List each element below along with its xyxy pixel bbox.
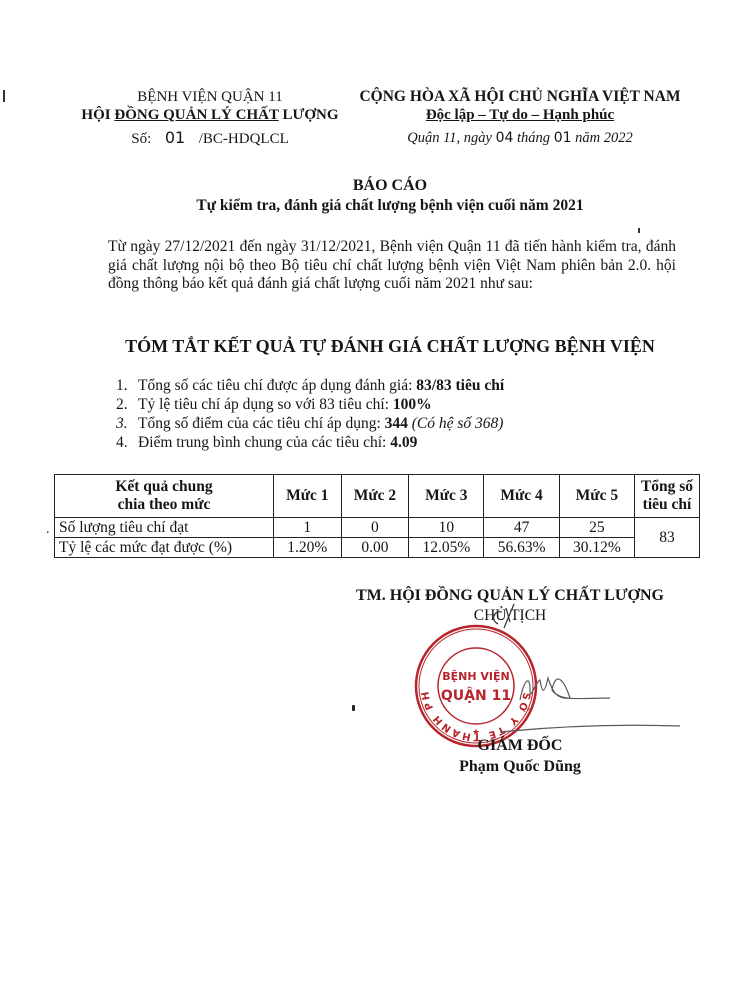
national-header: CỘNG HÒA XÃ HỘI CHỦ NGHĨA VIỆT NAM Độc l… [352,88,688,150]
nation-title: CỘNG HÒA XÃ HỘI CHỦ NGHĨA VIỆT NAM [352,88,688,106]
intro-paragraph: Từ ngày 27/12/2021 đến ngày 31/12/2021, … [108,238,676,294]
table-row: Số lượng tiêu chí đạt 1 0 10 47 25 83 [55,518,700,538]
item-text: Tỷ lệ tiêu chí áp dụng so với 83 tiêu ch… [138,396,393,413]
date-month-label: tháng [513,130,553,146]
report-title: BÁO CÁO [90,176,690,196]
item-note: (Có hệ số 368) [408,415,504,432]
summary-item: 1.Tổng số các tiêu chí được áp dụng đánh… [116,376,676,395]
row-label: Tỷ lệ các mức đạt được (%) [55,538,274,558]
cell: 47 [484,518,559,538]
row-label: Số lượng tiêu chí đạt [55,518,274,538]
cell: 56.63% [484,538,559,558]
item-number: 3. [116,414,138,433]
item-value: 83/83 tiêu chí [416,377,504,394]
item-number: 1. [116,376,138,395]
table-row: Tỷ lệ các mức đạt được (%) 1.20% 0.00 12… [55,538,700,558]
item-number: 4. [116,433,138,452]
header-total: Tổng sốtiêu chí [635,475,700,518]
scan-speck [638,228,640,233]
header-level-4: Mức 4 [484,475,559,518]
item-value: 100% [393,396,432,413]
total-cell: 83 [635,518,700,558]
header-line: tiêu chí [643,496,692,513]
date-month: 01 [554,130,572,146]
cell: 30.12% [559,538,634,558]
parent-organization: BỆNH VIỆN QUẬN 11 [60,88,360,106]
item-text: Điểm trung bình chung của các tiêu chí: [138,434,390,451]
header-line: Kết quả chung [115,478,212,495]
item-value: 4.09 [390,434,417,451]
table-header-row: Kết quả chungchia theo mức Mức 1 Mức 2 M… [55,475,700,518]
item-text: Tổng số điểm của các tiêu chí áp dụng: [138,415,385,432]
summary-item: 3.Tổng số điểm của các tiêu chí áp dụng:… [116,414,676,433]
cell: 1.20% [274,538,342,558]
cell: 25 [559,518,634,538]
cell: 1 [274,518,342,538]
national-motto: Độc lập – Tự do – Hạnh phúc [352,106,688,124]
cell: 0 [341,518,409,538]
header-line: chia theo mức [118,496,211,513]
handwritten-signature [500,640,700,750]
scan-mark [3,90,5,102]
summary-list: 1.Tổng số các tiêu chí được áp dụng đánh… [116,376,676,452]
number-label: Số: [131,131,151,147]
number-suffix: /BC-HDQLCL [199,131,289,147]
header-level-5: Mức 5 [559,475,634,518]
council-prefix: HỘI [81,107,114,123]
summary-heading: TÓM TẮT KẾT QUẢ TỰ ĐÁNH GIÁ CHẤT LƯỢNG B… [90,336,690,357]
date-prefix: Quận 11, ngày [407,130,495,146]
results-table: Kết quả chungchia theo mức Mức 1 Mức 2 M… [54,474,700,558]
issuing-council: HỘI ĐỒNG QUẢN LÝ CHẤT LƯỢNG [60,106,360,124]
header-level-2: Mức 2 [341,475,409,518]
issuer-header: BỆNH VIỆN QUẬN 11 HỘI ĐỒNG QUẢN LÝ CHẤT … [60,88,360,150]
header-level-1: Mức 1 [274,475,342,518]
cell: 0.00 [341,538,409,558]
document-date: Quận 11, ngày 04 tháng 01 năm 2022 [352,126,688,150]
number-value: 01 [155,127,195,149]
item-value: 344 [385,415,408,432]
header-level-3: Mức 3 [409,475,484,518]
council-underlined: ĐỒNG QUẢN LÝ CHẤT [114,107,278,123]
scan-speck [352,705,355,711]
date-year: năm 2022 [572,130,633,146]
summary-item: 2.Tỷ lệ tiêu chí áp dụng so với 83 tiêu … [116,395,676,414]
council-suffix: LƯỢNG [279,107,339,123]
signer-name: Phạm Quốc Dũng [420,756,620,778]
scan-dot: . [46,522,50,538]
summary-item: 4.Điểm trung bình chung của các tiêu chí… [116,433,676,452]
report-subtitle: Tự kiểm tra, đánh giá chất lượng bệnh vi… [90,196,690,216]
cell: 12.05% [409,538,484,558]
cell: 10 [409,518,484,538]
item-text: Tổng số các tiêu chí được áp dụng đánh g… [138,377,416,394]
header-line: Tổng số [641,478,693,495]
date-day: 04 [496,130,514,146]
report-title-block: BÁO CÁO Tự kiểm tra, đánh giá chất lượng… [90,176,690,216]
document-number: Số: 01 /BC-HDQLCL [60,127,360,150]
header-category: Kết quả chungchia theo mức [55,475,274,518]
item-number: 2. [116,395,138,414]
signer-position: GIÁM ĐỐC [420,736,620,756]
